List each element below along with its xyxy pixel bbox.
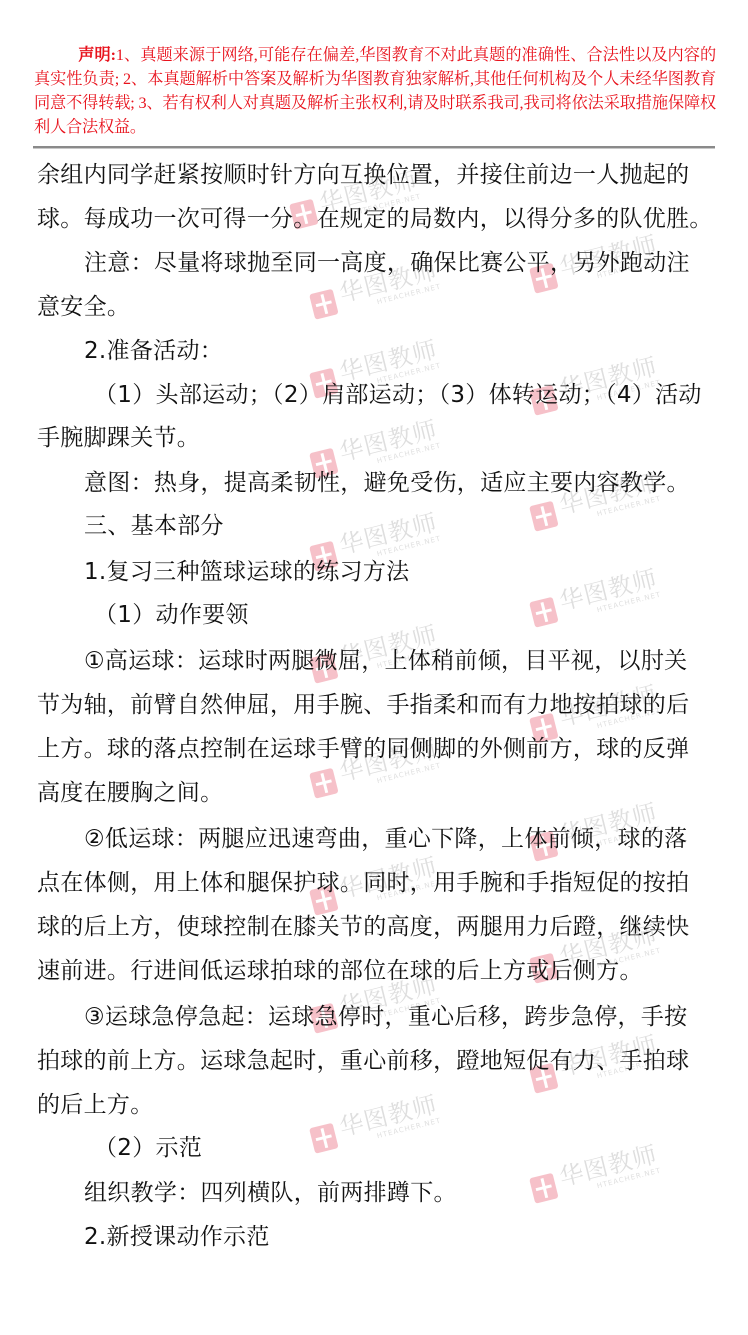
document-page: 声明:1、真题来源于网络,可能存在偏差,华图教育不对此真题的准确性、合法性以及内… [0,0,748,1335]
text-line: 速前进。行进间低运球拍球的部位在球的后上方或后侧方。 [37,956,643,986]
text-line: 意图：热身，提高柔韧性，避免受伤，适应主要内容教学。 [84,468,690,498]
section-heading: 2.新授课动作示范 [84,1222,270,1252]
text-line: 点在体侧，用上体和腿保护球。同时，用手腕和手指短促的按拍 [37,868,689,898]
text-line: ①高运球：运球时两腿微屈，上体稍前倾，目平视，以肘关 [84,646,687,676]
text-line: 高度在腰胸之间。 [37,778,223,808]
header-divider [33,146,715,148]
disclaimer-notice: 声明:1、真题来源于网络,可能存在偏差,华图教育不对此真题的准确性、合法性以及内… [34,43,716,139]
disclaimer-text: 1、真题来源于网络,可能存在偏差,华图教育不对此真题的准确性、合法性以及内容的真… [34,46,716,136]
watermark-logo-icon [309,768,339,799]
watermark-logo-icon [529,597,559,628]
text-line: 节为轴，前臂自然伸屈，用手腕、手指柔和而有力地按拍球的后 [37,690,689,720]
text-line: 上方。球的落点控制在运球手臂的同侧脚的外侧前方，球的反弹 [37,734,689,764]
text-line: ②低运球：两腿应迅速弯曲，重心下降，上体前倾，球的落 [84,824,687,854]
watermark: 华图教师HTEACHER.NET [527,557,684,638]
section-heading: 三、基本部分 [84,511,224,541]
text-line: 球的后上方，使球控制在膝关节的高度，两腿用力后蹬，继续快 [37,912,689,942]
watermark-logo-icon [309,1123,339,1154]
text-line: （1）头部运动；（2）肩部运动；（3）体转运动；（4）活动 [94,380,702,410]
watermark: 华图教师HTEACHER.NET [527,1133,684,1214]
text-line: 的后上方。 [37,1090,154,1120]
watermark-logo-icon [529,1173,559,1204]
text-line: ③运球急停急起：运球急停时，重心后移，跨步急停，手按 [84,1002,687,1032]
text-line: 余组内同学赶紧按顺时针方向互换位置，并接住前边一人抛起的 [37,160,689,190]
watermark: 华图教师HTEACHER.NET [307,1083,464,1164]
text-line: 注意：尽量将球抛至同一高度，确保比赛公平，另外跑动注 [84,248,690,278]
text-line: 意安全。 [37,292,130,322]
section-heading: 1.复习三种篮球运球的练习方法 [84,557,409,587]
text-line: 拍球的前上方。运球急起时，重心前移，蹬地短促有力、手拍球 [37,1046,689,1076]
text-line: 手腕脚踝关节。 [37,423,200,453]
subsection-heading: （1）动作要领 [94,600,249,630]
subsection-heading: （2）示范 [94,1133,202,1163]
watermark-logo-icon [529,501,559,532]
watermark-logo-icon [309,289,339,320]
section-heading: 2.准备活动： [84,336,223,366]
disclaimer-lead: 声明: [78,46,116,64]
text-line: 球。每成功一次可得一分。在规定的局数内，以得分多的队优胜。 [37,204,713,234]
text-line: 组织教学：四列横队，前两排蹲下。 [84,1178,457,1208]
